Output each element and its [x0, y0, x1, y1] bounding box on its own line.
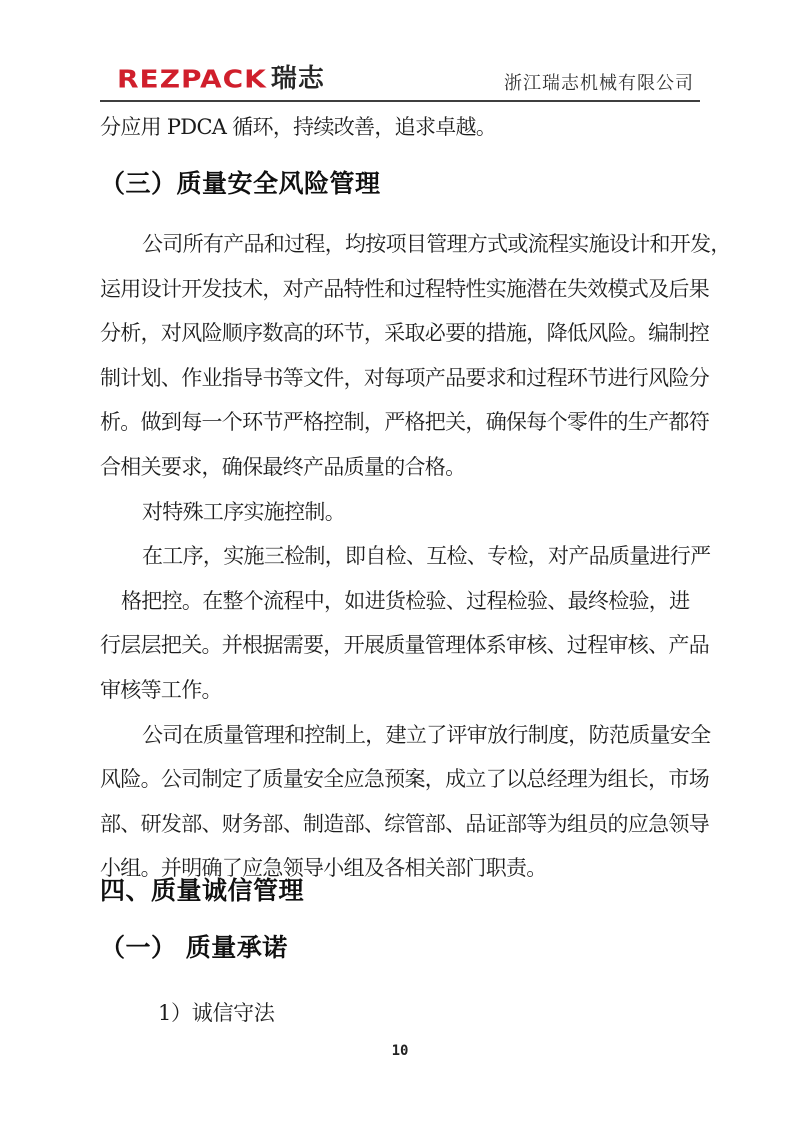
section-heading-quality-integrity: 四、质量诚信管理: [100, 877, 304, 905]
paragraph-line: 部、研发部、财务部、制造部、综管部、品证部等为组员的应急领导: [100, 802, 700, 847]
paragraph-line: 分析，对风险顺序数高的环节，采取必要的措施，降低风险。编制控: [100, 311, 700, 356]
company-name: 浙江瑞志机械有限公司: [504, 69, 694, 95]
body-text-block: 公司所有产品和过程，均按项目管理方式或流程实施设计和开发， 运用设计开发技术，对…: [100, 222, 700, 891]
paragraph-line: 审核等工作。: [100, 668, 700, 713]
paragraph-line: 析。做到每一个环节严格控制，严格把关，确保每个零件的生产都符: [100, 400, 700, 445]
carryover-paragraph-line: 分应用 PDCA 循环，持续改善，追求卓越。: [100, 114, 496, 140]
paragraph-line: 在工序，实施三检制，即自检、互检、专检，对产品质量进行严: [100, 534, 700, 579]
paragraph-line: 行层层把关。并根据需要，开展质量管理体系审核、过程审核、产品: [100, 623, 700, 668]
list-item-heading-integrity-law: 1）诚信守法: [158, 997, 275, 1027]
subsection-heading-quality-promise: （一） 质量承诺: [100, 934, 288, 962]
logo-wordmark-latin: REZPACK: [117, 67, 267, 92]
section-heading-risk-management: （三）质量安全风险管理: [100, 170, 381, 198]
company-logo: REZPACK 瑞志: [117, 64, 325, 92]
paragraph-line: 制计划、作业指导书等文件，对每项产品要求和过程环节进行风险分: [100, 356, 700, 401]
paragraph-line: 运用设计开发技术，对产品特性和过程特性实施潜在失效模式及后果: [100, 267, 700, 312]
document-page: REZPACK 瑞志 浙江瑞志机械有限公司 分应用 PDCA 循环，持续改善，追…: [0, 0, 800, 1131]
paragraph-line: 公司在质量管理和控制上，建立了评审放行制度，防范质量安全: [100, 713, 700, 758]
paragraph-line: 公司所有产品和过程，均按项目管理方式或流程实施设计和开发，: [100, 222, 700, 267]
page-number: 10: [0, 1043, 800, 1059]
paragraph-line: 对特殊工序实施控制。: [100, 490, 700, 535]
logo-wordmark-chinese: 瑞志: [271, 66, 325, 92]
paragraph-line: 格把控。在整个流程中，如进货检验、过程检验、最终检验，进: [100, 579, 700, 624]
paragraph-line: 风险。公司制定了质量安全应急预案，成立了以总经理为组长，市场: [100, 757, 700, 802]
paragraph-line: 合相关要求，确保最终产品质量的合格。: [100, 445, 700, 490]
page-header: REZPACK 瑞志 浙江瑞志机械有限公司: [100, 52, 700, 102]
